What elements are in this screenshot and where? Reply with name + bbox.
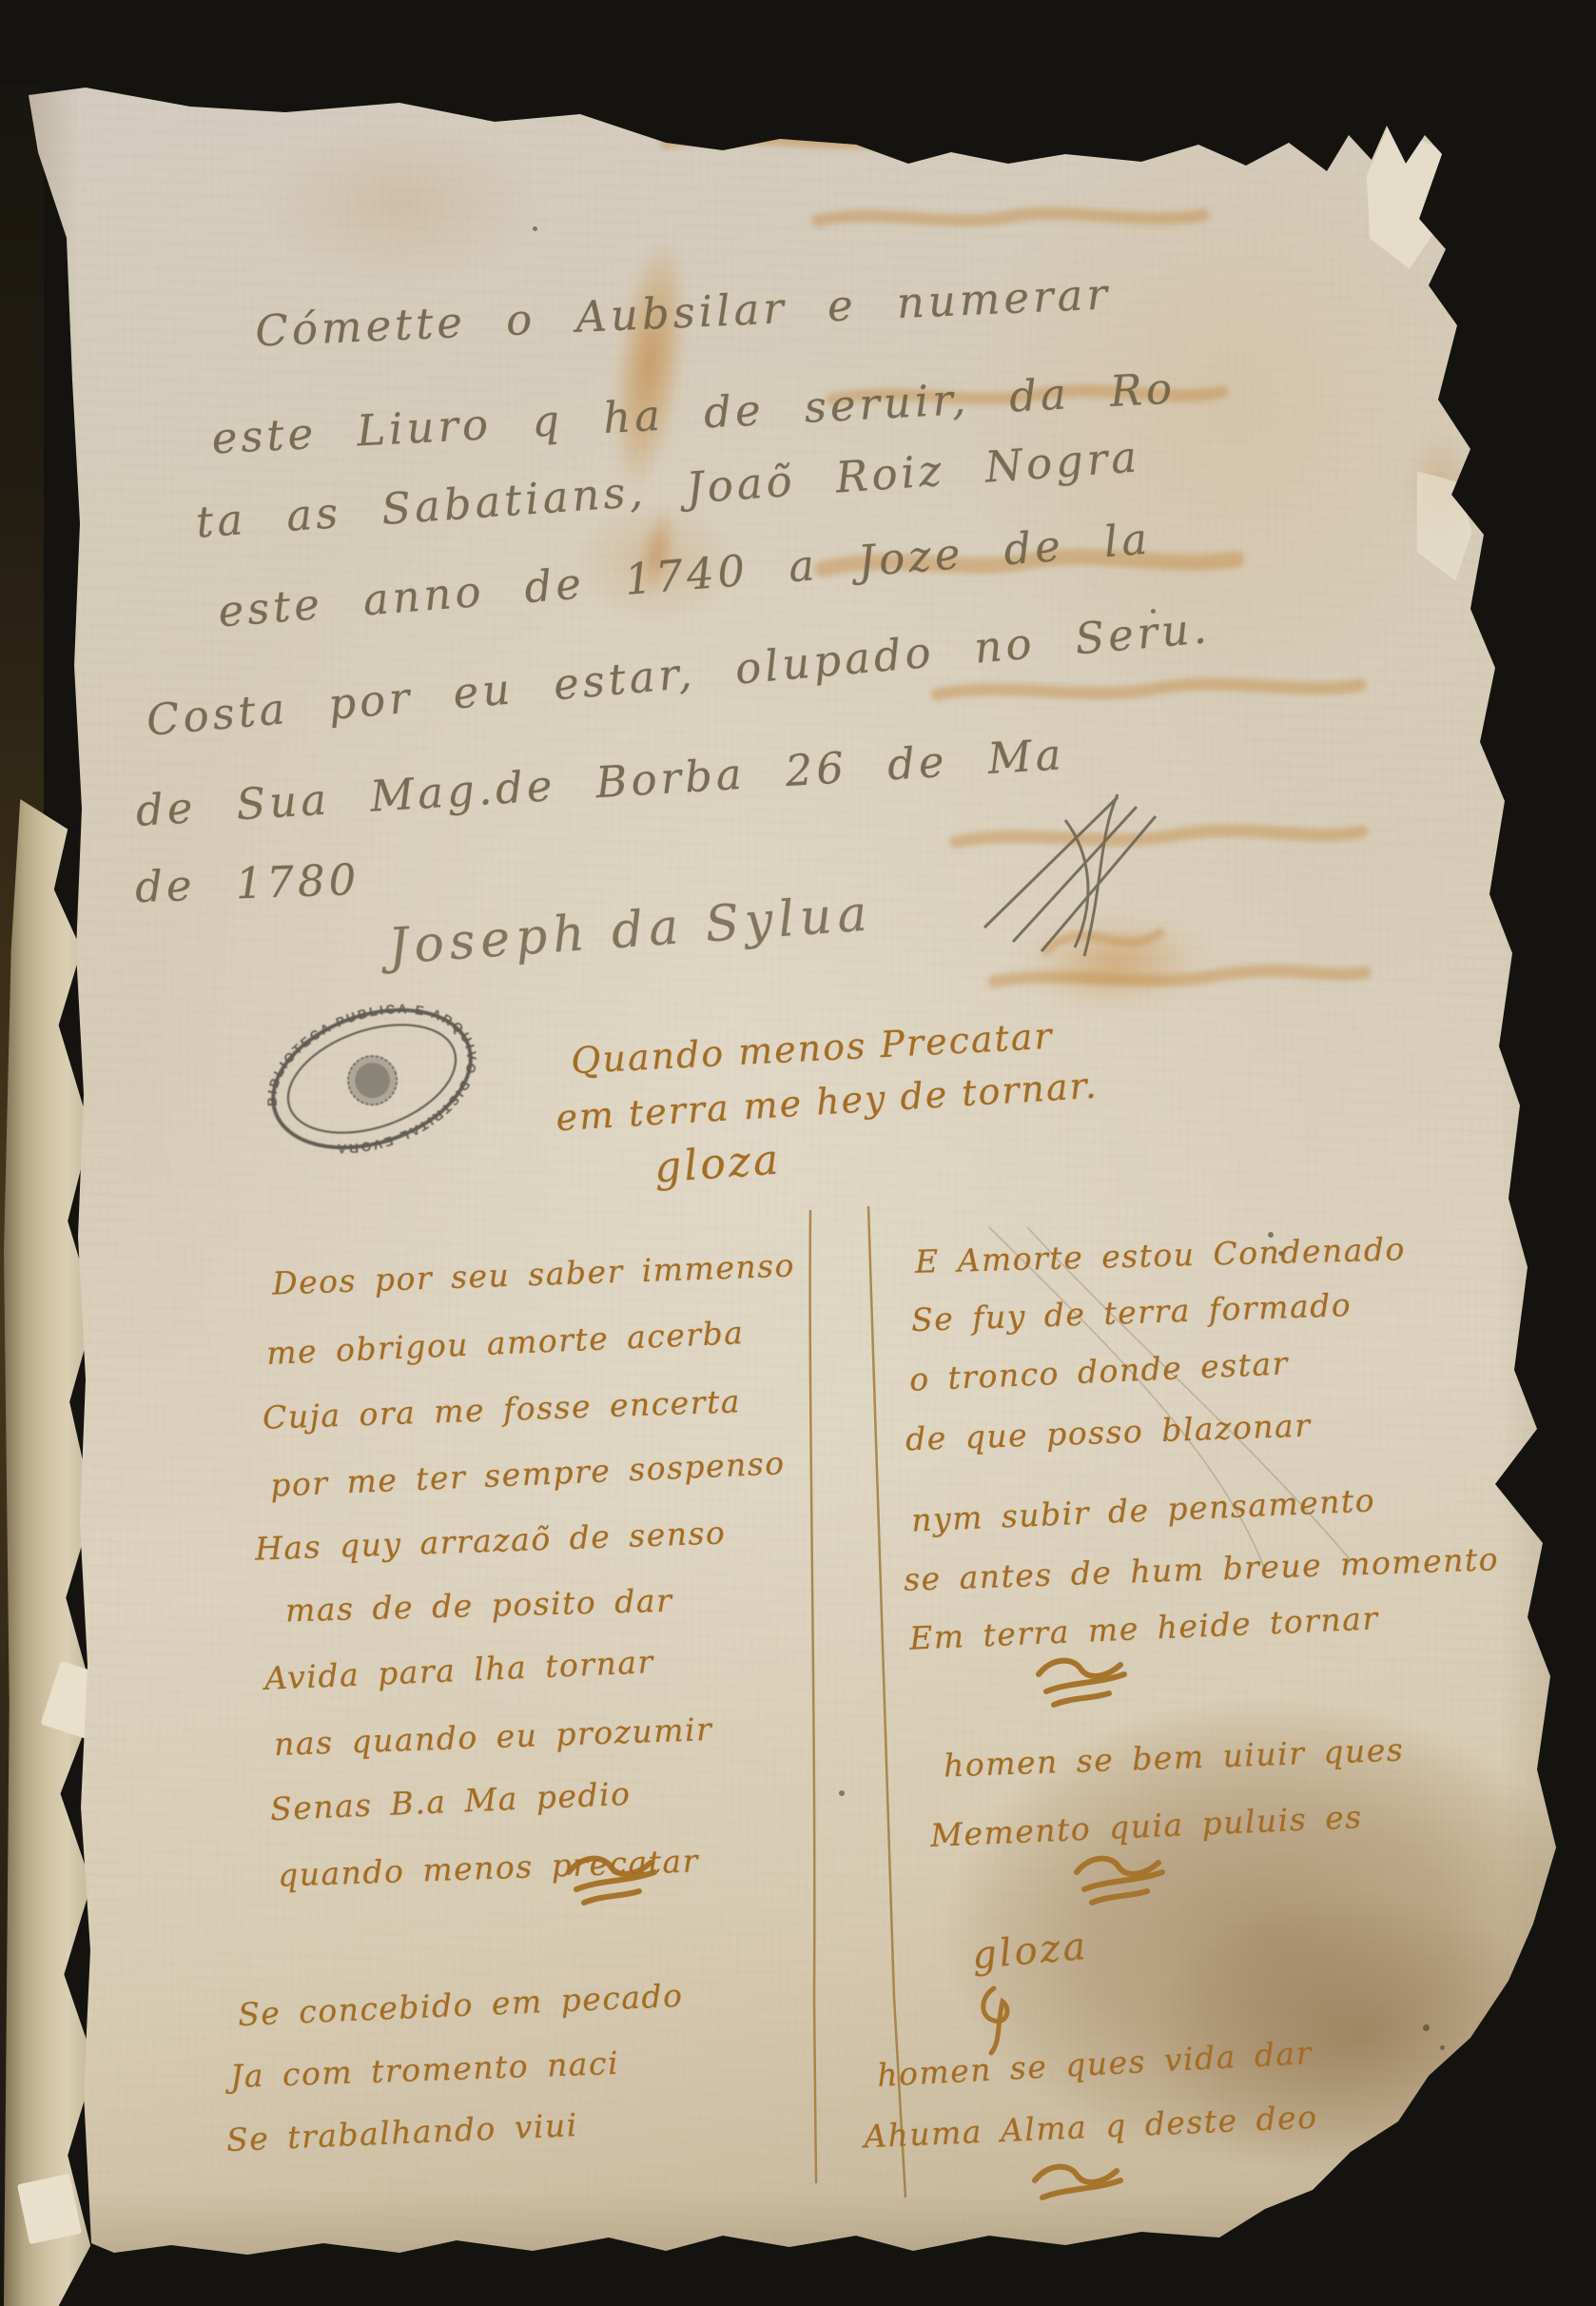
poem-line: se antes de hum breue momento	[904, 1540, 1500, 1598]
poem-line: Ahuma Alma q deste deo	[863, 2099, 1318, 2156]
poem-line: de que posso blazonar	[905, 1407, 1312, 1458]
poem-line: quando menos precatar	[277, 1842, 699, 1893]
poem-line: Se concebido em pecado	[237, 1977, 684, 2033]
poem-line: Avida para lha tornar	[263, 1643, 654, 1697]
torn-fragment	[1406, 464, 1478, 585]
poem-line: nym subir de pensamento	[910, 1481, 1375, 1538]
poem-line: Cuja ora me fosse encerta	[262, 1382, 741, 1436]
ink-speck	[839, 1790, 845, 1796]
poem-line: Memento quia puluis es	[929, 1798, 1363, 1854]
flourish-divider-icon	[1035, 2167, 1120, 2198]
ink-stain	[601, 233, 698, 497]
gloza-heading: gloza	[970, 1925, 1090, 1978]
poem-line: Ja com tromento naci	[229, 2044, 619, 2095]
poem-line: homen se ques vida dar	[876, 2034, 1313, 2094]
archive-stamp: BIBLIOTECA PUBLICA E ARQUIVO DISTRITAL-E…	[225, 958, 519, 1199]
poem-line: por me ter sempre sospenso	[269, 1444, 786, 1504]
poem-line: Em terra me heide tornar	[908, 1599, 1379, 1657]
note-line: de Sua Mag.de Borba 26 de Ma	[134, 729, 1066, 836]
note-line: Cómette o Aubsilar e numerar	[254, 268, 1112, 356]
ink-stain	[1398, 419, 1484, 561]
bleedthrough-ink-marks	[0, 0, 1596, 2306]
poem-line: Se trabalhando viui	[225, 2106, 578, 2159]
poem-line: o tronco donde estar	[908, 1344, 1289, 1397]
paper-texture	[0, 0, 1596, 2306]
poem-line: nas quando eu prozumir	[273, 1710, 713, 1763]
ink-speck	[1440, 2045, 1445, 2050]
paper-vignette	[0, 0, 1596, 2306]
poem-line: Has quy arrazaõ de senso	[254, 1514, 726, 1567]
poem-line: E Amorte estou Condenado	[915, 1230, 1407, 1280]
poem-line: Se fuy de terra formado	[910, 1286, 1352, 1339]
poem-line: mas de de posito dar	[285, 1582, 673, 1630]
ink-speck	[533, 226, 537, 231]
column-divider-lines	[810, 1206, 905, 2198]
poem-line: Senas B.a Ma pedio	[269, 1775, 632, 1828]
poem-line: me obrigou amorte acerba	[265, 1314, 745, 1372]
manuscript-page: Cómette o Aubsilar e numerar este Liuro …	[0, 0, 1596, 2306]
ink-stain	[1015, 909, 1220, 1017]
manuscript-scan: Cómette o Aubsilar e numerar este Liuro …	[0, 0, 1596, 2306]
curl-flourish-icon	[983, 1988, 1007, 2053]
poem-line: homen se bem uiuir ques	[943, 1731, 1404, 1785]
poem-line: Deos por seu saber immenso	[271, 1246, 795, 1301]
pen-scribble-marks	[984, 794, 1156, 956]
ink-speck	[1423, 2024, 1430, 2031]
gloza-heading: gloza	[652, 1135, 782, 1192]
torn-fragment	[1347, 124, 1468, 275]
note-line: de 1780	[134, 854, 360, 912]
flourish-divider-icon	[1077, 1859, 1162, 1903]
flourish-divider-icon	[1039, 1661, 1124, 1705]
